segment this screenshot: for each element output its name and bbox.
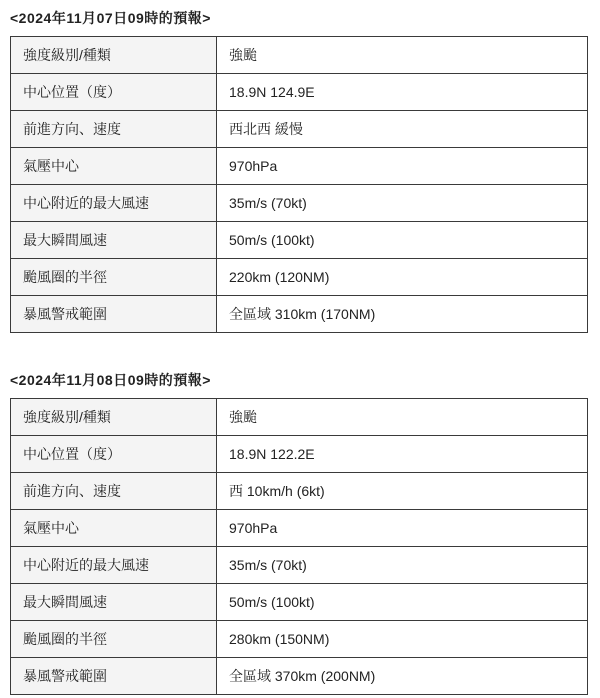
table-row: 中心附近的最大風速 35m/s (70kt) (11, 185, 588, 222)
table-row: 最大瞬間風速 50m/s (100kt) (11, 222, 588, 259)
row-value: 50m/s (100kt) (217, 222, 588, 259)
table-row: 前進方向、速度 西 10km/h (6kt) (11, 473, 588, 510)
forecast-section-nov07: <2024年11月07日09時的預報> 強度級別/種類 強颱 中心位置（度） 1… (10, 8, 590, 333)
row-value: 強颱 (217, 37, 588, 74)
row-label: 中心位置（度） (11, 74, 217, 111)
row-value: 970hPa (217, 510, 588, 547)
row-value: 強颱 (217, 399, 588, 436)
row-value: 970hPa (217, 148, 588, 185)
row-label: 暴風警戒範圍 (11, 296, 217, 333)
row-label: 前進方向、速度 (11, 111, 217, 148)
row-value: 18.9N 122.2E (217, 436, 588, 473)
row-label: 中心位置（度） (11, 436, 217, 473)
forecast-section-nov08: <2024年11月08日09時的預報> 強度級別/種類 強颱 中心位置（度） 1… (10, 370, 590, 695)
row-value: 220km (120NM) (217, 259, 588, 296)
row-label: 氣壓中心 (11, 510, 217, 547)
row-value: 35m/s (70kt) (217, 185, 588, 222)
row-label: 前進方向、速度 (11, 473, 217, 510)
table-row: 暴風警戒範圍 全區域 370km (200NM) (11, 658, 588, 695)
table-row: 強度級別/種類 強颱 (11, 399, 588, 436)
table-row: 強度級別/種類 強颱 (11, 37, 588, 74)
row-label: 颱風圈的半徑 (11, 259, 217, 296)
row-value: 全區域 310km (170NM) (217, 296, 588, 333)
typhoon-forecast-page: <2024年11月07日09時的預報> 強度級別/種類 強颱 中心位置（度） 1… (0, 0, 600, 698)
row-value: 35m/s (70kt) (217, 547, 588, 584)
table-row: 颱風圈的半徑 220km (120NM) (11, 259, 588, 296)
row-label: 中心附近的最大風速 (11, 547, 217, 584)
row-label: 中心附近的最大風速 (11, 185, 217, 222)
row-label: 最大瞬間風速 (11, 222, 217, 259)
table-row: 中心位置（度） 18.9N 122.2E (11, 436, 588, 473)
table-row: 氣壓中心 970hPa (11, 148, 588, 185)
forecast-table: 強度級別/種類 強颱 中心位置（度） 18.9N 122.2E 前進方向、速度 … (10, 398, 588, 695)
row-value: 50m/s (100kt) (217, 584, 588, 621)
forecast-table: 強度級別/種類 強颱 中心位置（度） 18.9N 124.9E 前進方向、速度 … (10, 36, 588, 333)
table-row: 中心附近的最大風速 35m/s (70kt) (11, 547, 588, 584)
row-value: 18.9N 124.9E (217, 74, 588, 111)
forecast-title: <2024年11月08日09時的預報> (10, 370, 590, 390)
row-label: 颱風圈的半徑 (11, 621, 217, 658)
row-label: 強度級別/種類 (11, 399, 217, 436)
forecast-title: <2024年11月07日09時的預報> (10, 8, 590, 28)
table-row: 前進方向、速度 西北西 緩慢 (11, 111, 588, 148)
row-value: 西 10km/h (6kt) (217, 473, 588, 510)
row-label: 暴風警戒範圍 (11, 658, 217, 695)
table-row: 中心位置（度） 18.9N 124.9E (11, 74, 588, 111)
row-label: 強度級別/種類 (11, 37, 217, 74)
row-value: 全區域 370km (200NM) (217, 658, 588, 695)
table-row: 最大瞬間風速 50m/s (100kt) (11, 584, 588, 621)
row-value: 西北西 緩慢 (217, 111, 588, 148)
row-label: 最大瞬間風速 (11, 584, 217, 621)
table-row: 暴風警戒範圍 全區域 310km (170NM) (11, 296, 588, 333)
table-row: 氣壓中心 970hPa (11, 510, 588, 547)
row-label: 氣壓中心 (11, 148, 217, 185)
row-value: 280km (150NM) (217, 621, 588, 658)
table-row: 颱風圈的半徑 280km (150NM) (11, 621, 588, 658)
